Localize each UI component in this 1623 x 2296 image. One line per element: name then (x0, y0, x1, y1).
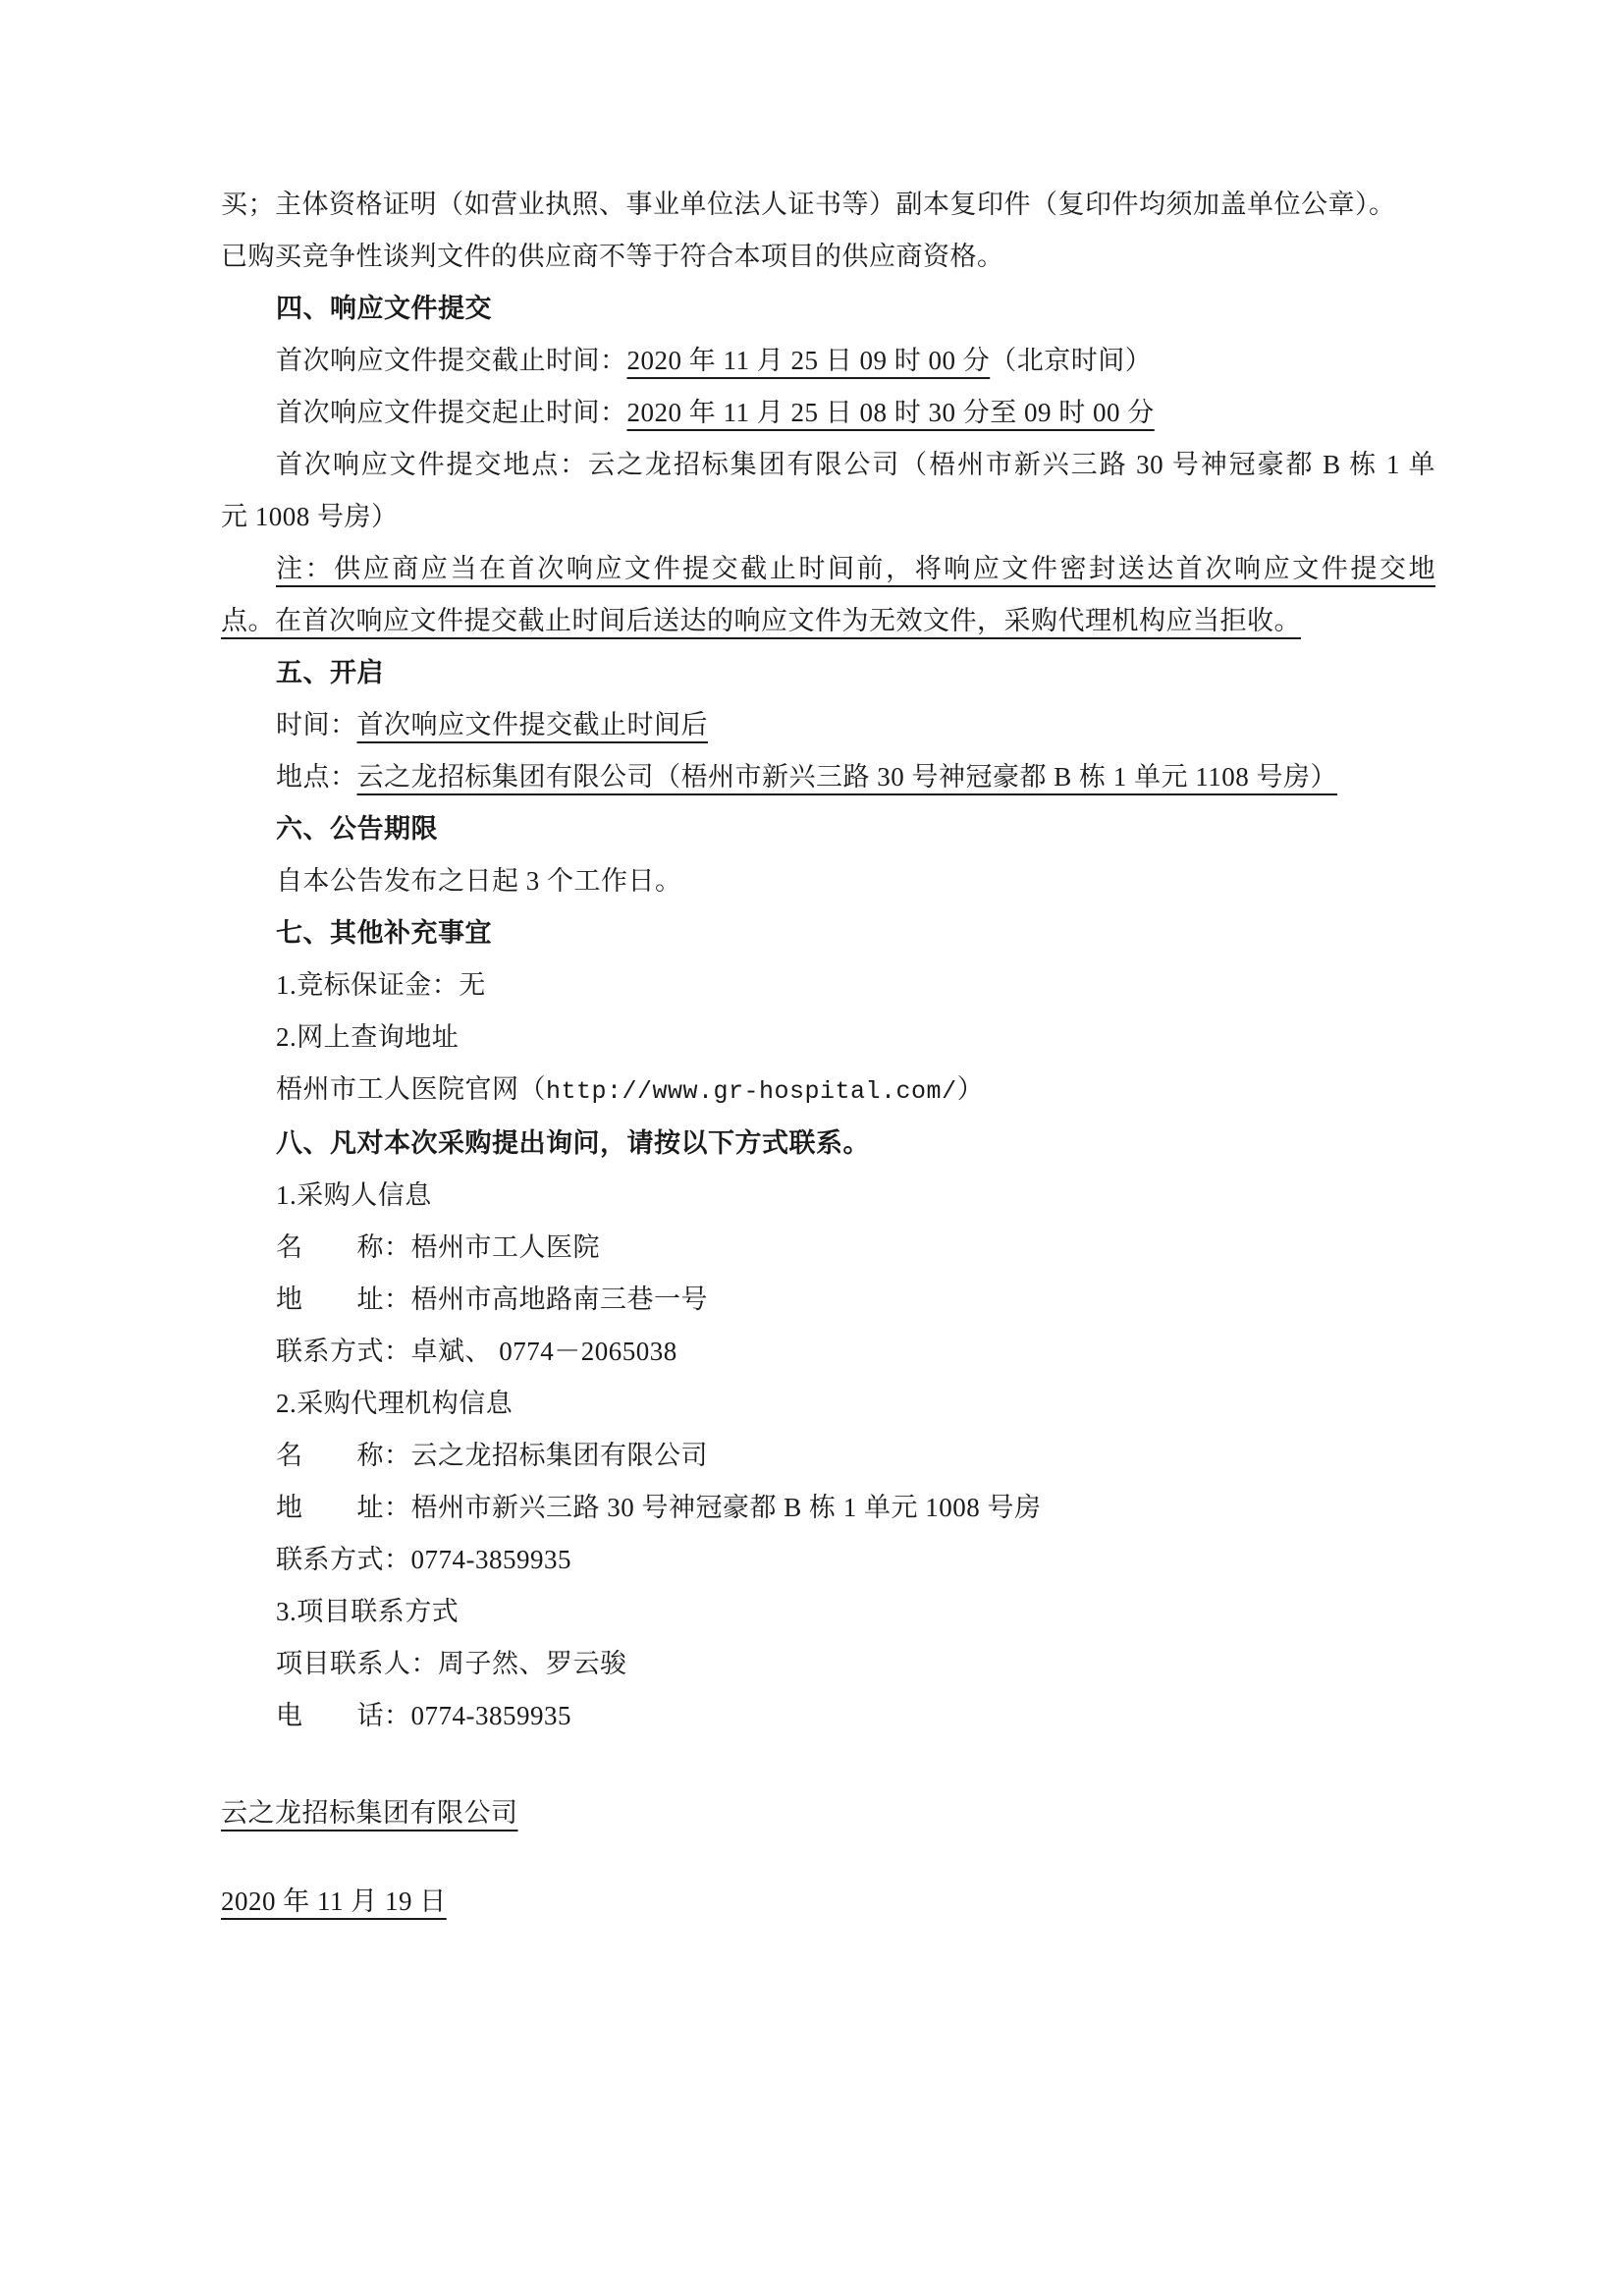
online-inquiry-line: 2.网上查询地址 (221, 1011, 1435, 1064)
hospital-website-suffix: ） (957, 1074, 985, 1104)
purchaser-address-line: 地 址：梧州市高地路南三巷一号 (221, 1274, 1435, 1326)
signature-company-line: 云之龙招标集团有限公司 (221, 1787, 1435, 1839)
section7-heading: 七、其他补充事宜 (221, 907, 1435, 959)
submission-place-line-2: 元 1008 号房） (221, 491, 1435, 543)
agency-contact-line: 联系方式：0774-3859935 (221, 1534, 1435, 1586)
opening-place-value: 云之龙招标集团有限公司（梧州市新兴三路 30 号神冠豪都 B 栋 1 单元 11… (357, 762, 1338, 792)
intro-line-2: 已购买竞争性谈判文件的供应商不等于符合本项目的供应商资格。 (221, 231, 1435, 283)
opening-time-value: 首次响应文件提交截止时间后 (357, 710, 709, 739)
opening-time-label: 时间： (276, 710, 357, 739)
signature-block: 云之龙招标集团有限公司 2020 年 11 月 19 日 (221, 1787, 1435, 1928)
hospital-website-url: http://www.gr-hospital.com/ (546, 1077, 957, 1106)
submission-place-line-1: 首次响应文件提交地点：云之龙招标集团有限公司（梧州市新兴三路 30 号神冠豪都 … (221, 439, 1435, 491)
section8-heading: 八、凡对本次采购提出询问，请按以下方式联系。 (221, 1118, 1435, 1170)
signature-date-line: 2020 年 11 月 19 日 (221, 1876, 1435, 1928)
project-contact-title: 3.项目联系方式 (221, 1586, 1435, 1638)
agency-address-line: 地 址：梧州市新兴三路 30 号神冠豪都 B 栋 1 单元 1008 号房 (221, 1482, 1435, 1534)
agency-info-title: 2.采购代理机构信息 (221, 1378, 1435, 1430)
announcement-body: 买；主体资格证明（如营业执照、事业单位法人证书等）副本复印件（复印件均须加盖单位… (221, 179, 1435, 1928)
submission-window-value: 2020 年 11 月 25 日 08 时 30 分至 09 时 00 分 (627, 398, 1155, 427)
submission-deadline-label: 首次响应文件提交截止时间： (276, 346, 627, 375)
submission-note-line-2: 点。在首次响应文件提交截止时间后送达的响应文件为无效文件，采购代理机构应当拒收。 (221, 595, 1435, 647)
submission-window-line: 首次响应文件提交起止时间：2020 年 11 月 25 日 08 时 30 分至… (221, 387, 1435, 439)
signature-date: 2020 年 11 月 19 日 (221, 1886, 447, 1916)
purchaser-name-line: 名 称：梧州市工人医院 (221, 1222, 1435, 1274)
announcement-period-line: 自本公告发布之日起 3 个工作日。 (221, 855, 1435, 907)
project-contacts-line: 项目联系人：周子然、罗云骏 (221, 1638, 1435, 1690)
document-page: 买；主体资格证明（如营业执照、事业单位法人证书等）副本复印件（复印件均须加盖单位… (0, 0, 1623, 2296)
opening-place-line: 地点：云之龙招标集团有限公司（梧州市新兴三路 30 号神冠豪都 B 栋 1 单元… (221, 751, 1435, 803)
opening-place-label: 地点： (276, 762, 357, 792)
purchaser-contact-line: 联系方式：卓斌、 0774－2065038 (221, 1326, 1435, 1378)
submission-note-line-1: 注：供应商应当在首次响应文件提交截止时间前，将响应文件密封送达首次响应文件提交地 (221, 543, 1435, 595)
bid-bond-line: 1.竞标保证金：无 (221, 959, 1435, 1011)
section4-heading: 四、响应文件提交 (221, 283, 1435, 335)
submission-deadline-suffix: （北京时间） (990, 346, 1152, 375)
opening-time-line: 时间：首次响应文件提交截止时间后 (221, 699, 1435, 751)
submission-deadline-line: 首次响应文件提交截止时间：2020 年 11 月 25 日 09 时 00 分（… (221, 335, 1435, 387)
agency-name-line: 名 称：云之龙招标集团有限公司 (221, 1430, 1435, 1482)
submission-window-label: 首次响应文件提交起止时间： (276, 398, 627, 427)
project-phone-line: 电 话：0774-3859935 (221, 1690, 1435, 1742)
section5-heading: 五、开启 (221, 647, 1435, 699)
hospital-website-line: 梧州市工人医院官网（http://www.gr-hospital.com/） (221, 1064, 1435, 1118)
purchaser-info-title: 1.采购人信息 (221, 1170, 1435, 1222)
submission-deadline-value: 2020 年 11 月 25 日 09 时 00 分 (627, 346, 991, 375)
signature-company: 云之龙招标集团有限公司 (221, 1798, 518, 1828)
hospital-website-prefix: 梧州市工人医院官网（ (276, 1074, 546, 1104)
intro-line-1: 买；主体资格证明（如营业执照、事业单位法人证书等）副本复印件（复印件均须加盖单位… (221, 179, 1435, 231)
section6-heading: 六、公告期限 (221, 803, 1435, 855)
